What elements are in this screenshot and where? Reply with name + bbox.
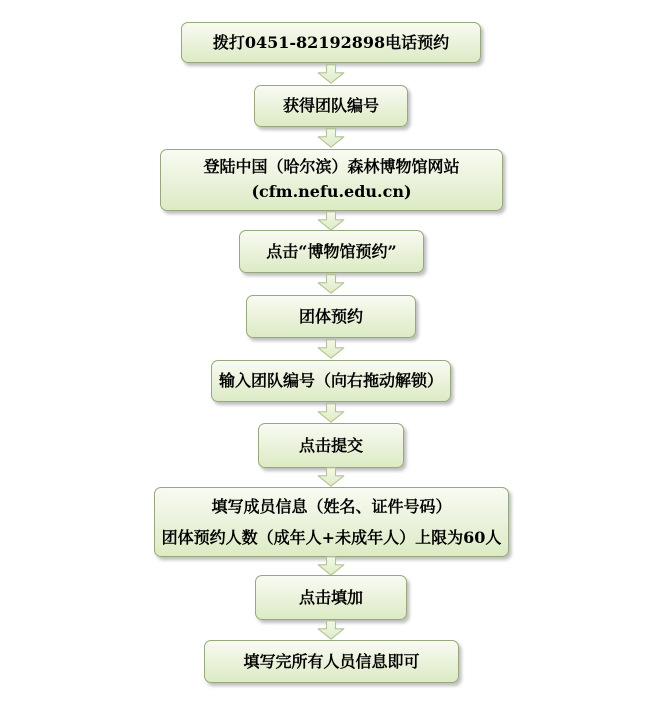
step-label: 拨打0451-82192898电话预约 xyxy=(213,32,449,54)
step-label: 点击提交 xyxy=(299,435,363,457)
step-label: 团体预约人数（成年人+未成年人）上限为60人 xyxy=(162,522,502,553)
flow-step-visit-website: 登陆中国（哈尔滨）森林博物馆网站 (cfm.nefu.edu.cn) xyxy=(160,149,503,211)
step-label: 输入团队编号（向右拖动解锁） xyxy=(219,370,443,392)
step-label: (cfm.nefu.edu.cn) xyxy=(251,180,411,205)
flowchart-canvas: 拨打0451-82192898电话预约 获得团队编号 登陆中国（哈尔滨）森林博物… xyxy=(0,0,662,723)
down-arrow-icon xyxy=(317,128,345,148)
down-arrow-icon xyxy=(317,467,345,487)
flow-step-phone-reservation: 拨打0451-82192898电话预约 xyxy=(181,22,481,63)
step-label: 点击填加 xyxy=(299,587,363,609)
down-arrow-icon xyxy=(317,64,345,84)
step-label: 团体预约 xyxy=(299,306,363,328)
step-label: 点击“博物馆预约” xyxy=(266,241,396,263)
flow-step-click-add: 点击填加 xyxy=(255,575,407,620)
flow-step-click-submit: 点击提交 xyxy=(258,423,404,468)
down-arrow-icon xyxy=(317,211,345,231)
step-label: 获得团队编号 xyxy=(283,95,379,117)
flow-step-click-museum-reservation: 点击“博物馆预约” xyxy=(239,230,424,273)
down-arrow-icon xyxy=(317,556,345,576)
flow-step-fill-member-info: 填写成员信息（姓名、证件号码） 团体预约人数（成年人+未成年人）上限为60人 xyxy=(154,487,509,557)
step-label: 填写完所有人员信息即可 xyxy=(243,651,419,673)
down-arrow-icon xyxy=(317,620,345,640)
flow-step-get-group-number: 获得团队编号 xyxy=(254,85,408,127)
flow-step-group-reservation: 团体预约 xyxy=(246,295,416,338)
down-arrow-icon xyxy=(317,403,345,423)
flow-step-complete-all-info: 填写完所有人员信息即可 xyxy=(204,640,459,683)
step-label: 填写成员信息（姓名、证件号码） xyxy=(211,491,451,522)
step-label: 登陆中国（哈尔滨）森林博物馆网站 xyxy=(203,155,459,180)
down-arrow-icon xyxy=(317,339,345,359)
down-arrow-icon xyxy=(317,274,345,294)
flow-step-enter-group-number: 输入团队编号（向右拖动解锁） xyxy=(211,360,451,402)
